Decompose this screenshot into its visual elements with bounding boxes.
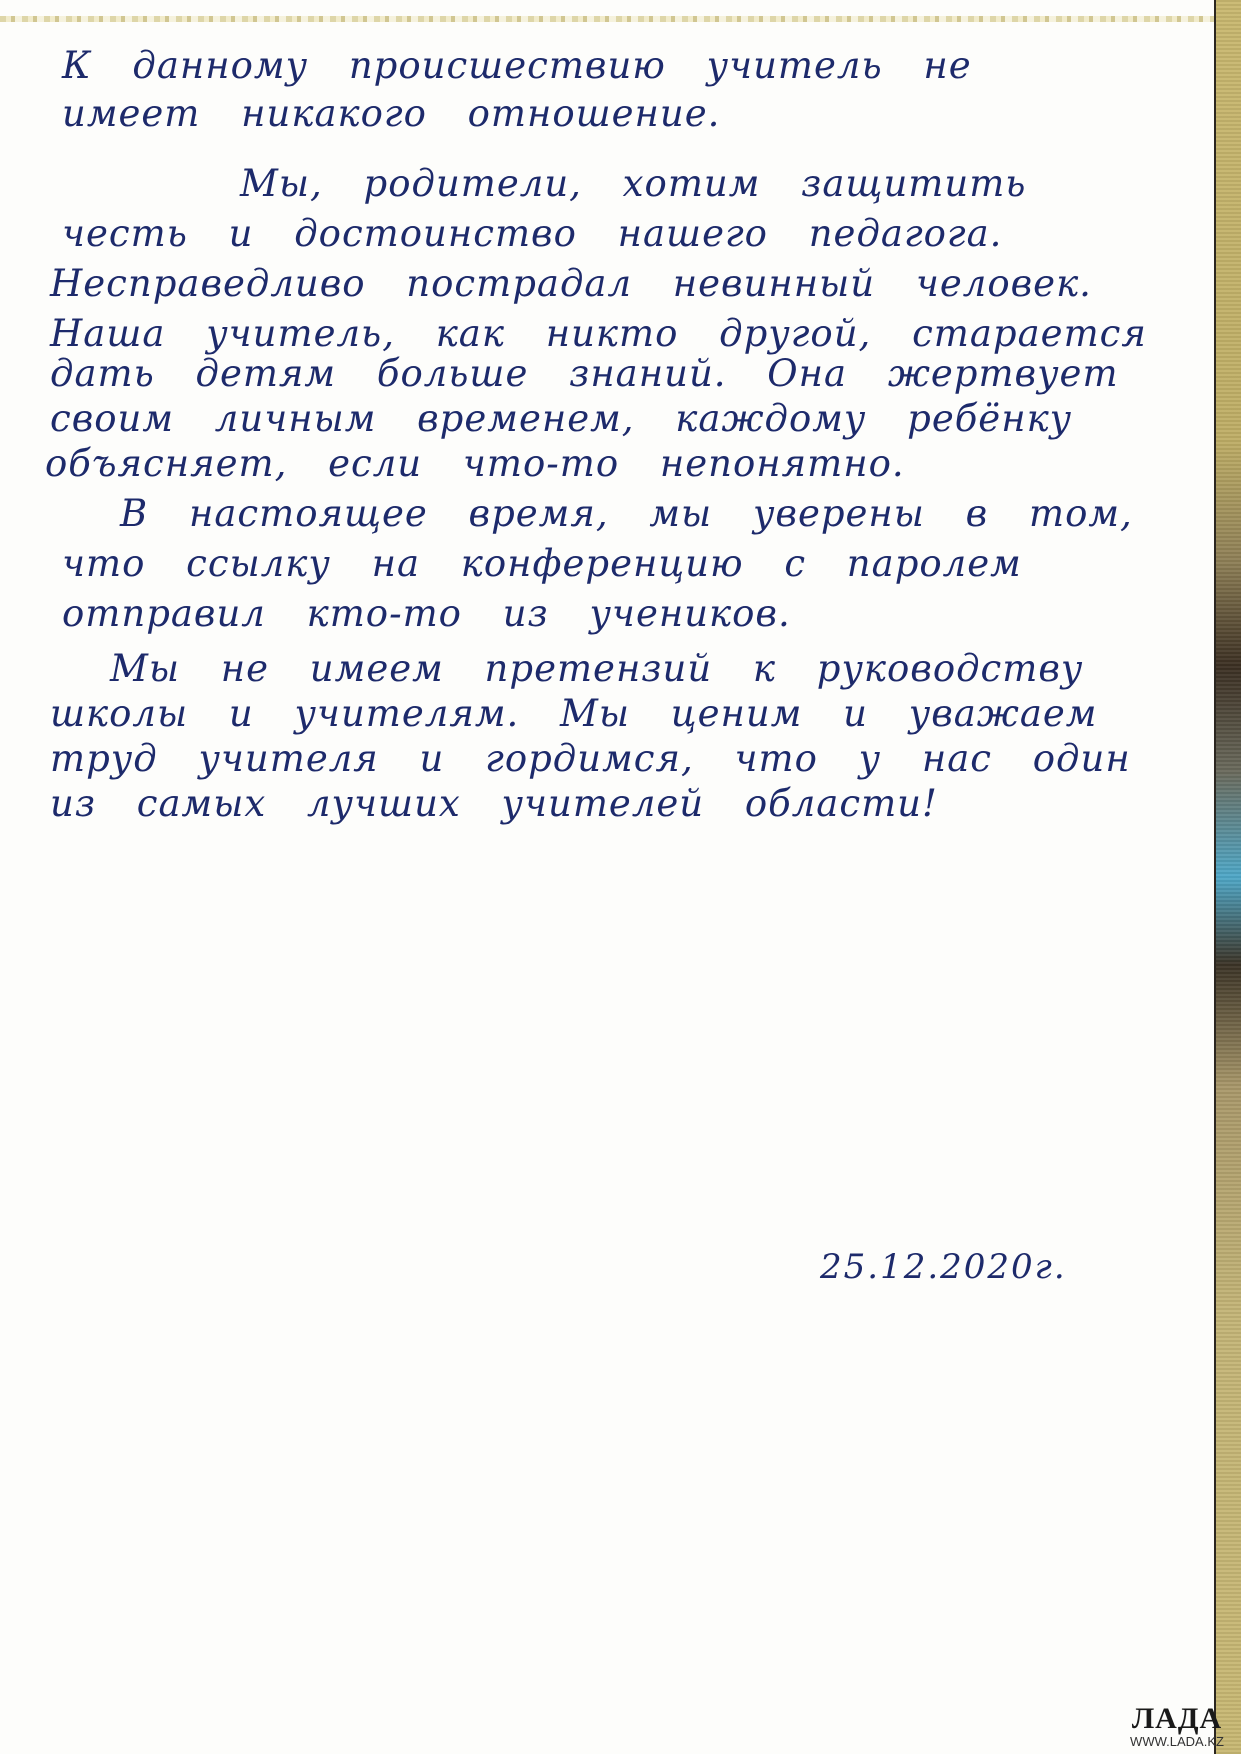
letter-line-10: В настоящее время, мы уверены в том,	[120, 492, 1133, 535]
watermark-logo: ЛАДА	[1117, 1704, 1237, 1734]
letter-line-5: Несправедливо пострадал невинный человек…	[50, 262, 1092, 305]
letter-line-7: дать детям больше знаний. Она жертвует	[50, 352, 1119, 395]
letter-line-12: отправил кто-то из учеников.	[62, 592, 791, 635]
letter-line-6: Наша учитель, как никто другой, стараетс…	[50, 312, 1147, 355]
letter-line-1: К данному происшествию учитель не	[62, 44, 972, 87]
letter-line-15: труд учителя и гордимся, что у нас один	[50, 737, 1131, 780]
watermark: ЛАДА WWW.LADA.KZ	[1117, 1704, 1237, 1750]
letter-line-13: Мы не имеем претензий к руководству	[110, 647, 1083, 690]
letter-line-4: честь и достоинство нашего педагога.	[62, 212, 1002, 255]
handwritten-letter-page: К данному происшествию учитель не имеет …	[0, 22, 1212, 1754]
scan-right-background	[1214, 0, 1241, 1754]
letter-line-9: объясняет, если что-то непонятно.	[45, 442, 905, 485]
letter-date: 25.12.2020г.	[820, 1247, 1067, 1287]
letter-line-3: Мы, родители, хотим защитить	[240, 162, 1026, 205]
watermark-url: WWW.LADA.KZ	[1117, 1734, 1237, 1750]
letter-line-8: своим личным временем, каждому ребёнку	[50, 397, 1072, 440]
letter-line-11: что ссылку на конференцию с паролем	[62, 542, 1022, 585]
letter-line-2: имеет никакого отношение.	[62, 92, 720, 135]
letter-line-16: из самых лучших учителей области!	[50, 782, 938, 825]
letter-line-14: школы и учителям. Мы ценим и уважаем	[50, 692, 1097, 735]
